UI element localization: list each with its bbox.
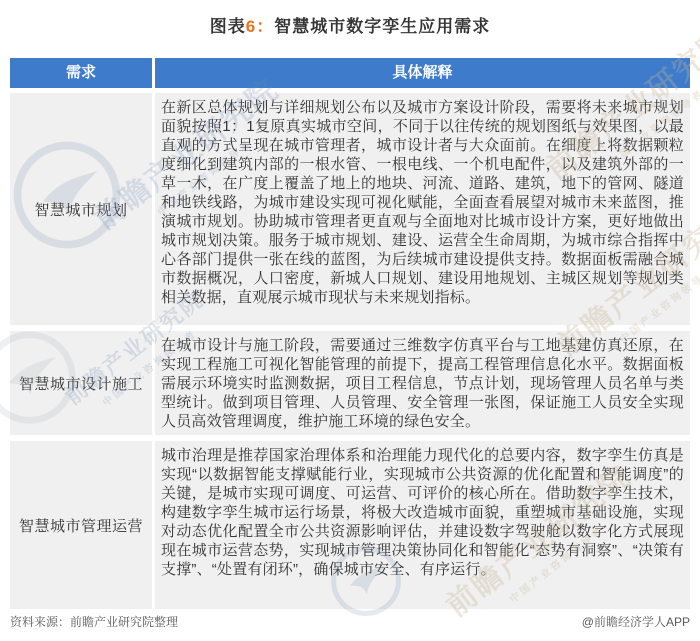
source-note: 资料来源：前瞻产业研究院整理 [10, 613, 178, 630]
title-text: 智慧城市数字孪生应用需求 [274, 17, 490, 36]
footer: 资料来源：前瞻产业研究院整理 @前瞻经济学人APP [10, 613, 690, 630]
title-prefix: 图表 [210, 17, 246, 36]
table-row: 智慧城市设计施工 在城市设计与施工阶段，需要通过三维数字仿真平台与工地基建仿真还… [10, 331, 690, 435]
credit-note: @前瞻经济学人APP [582, 613, 690, 630]
explanation-cell: 在城市设计与施工阶段，需要通过三维数字仿真平台与工地基建仿真还原，在实现工程施工… [155, 331, 690, 435]
demand-cell: 智慧城市规划 [10, 93, 152, 325]
table-row: 智慧城市管理运营 城市治理是推荐国家治理体系和治理能力现代化的总要内容，数字孪生… [10, 441, 690, 609]
title-number: 6： [246, 17, 274, 36]
chart-page: 图表6：智慧城市数字孪生应用需求 需求 具体解释 智慧城市规划 在新区总体规划与… [0, 0, 700, 641]
col-header-explanation: 具体解释 [155, 58, 690, 88]
table-header-row: 需求 具体解释 [10, 58, 690, 88]
explanation-cell: 在新区总体规划与详细规划公布以及城市方案设计阶段，需要将未来城市规划面貌按照1：… [155, 93, 690, 325]
explanation-cell: 城市治理是推荐国家治理体系和治理能力现代化的总要内容，数字孪生仿真是实现“以数据… [155, 441, 690, 609]
page-title: 图表6：智慧城市数字孪生应用需求 [0, 12, 700, 37]
demand-cell: 智慧城市设计施工 [10, 331, 152, 435]
table-row: 智慧城市规划 在新区总体规划与详细规划公布以及城市方案设计阶段，需要将未来城市规… [10, 93, 690, 325]
demand-cell: 智慧城市管理运营 [10, 441, 152, 609]
col-header-demand: 需求 [10, 58, 152, 88]
demand-table: 需求 具体解释 智慧城市规划 在新区总体规划与详细规划公布以及城市方案设计阶段，… [10, 58, 690, 615]
